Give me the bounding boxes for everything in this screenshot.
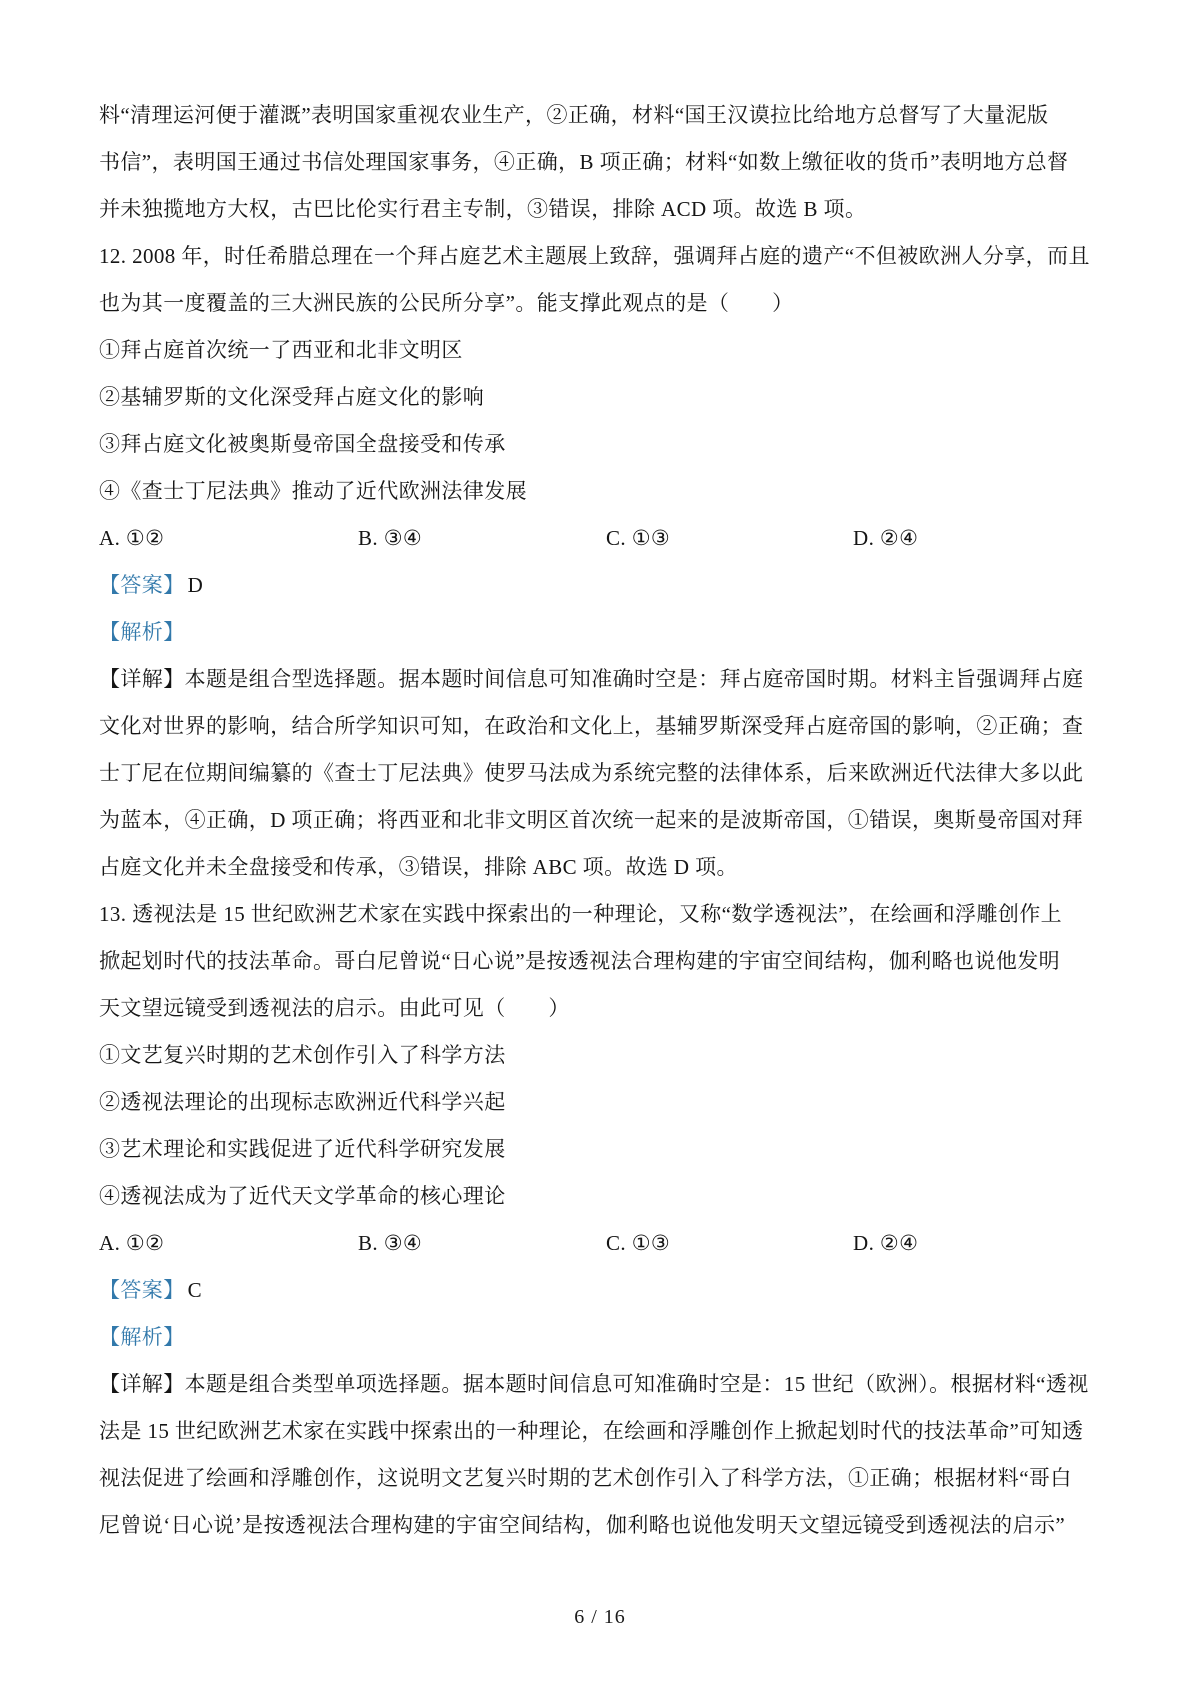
question-13-choice-b: B. ③④ [358, 1220, 606, 1267]
question-13-detail-line: 视法促进了绘画和浮雕创作，这说明文艺复兴时期的艺术创作引入了科学方法，①正确；根… [99, 1455, 1105, 1502]
question-12-choice-c: C. ①③ [606, 515, 853, 562]
question-13-choice-d: D. ②④ [853, 1220, 1105, 1267]
answer-value: C [188, 1278, 202, 1302]
answer-value: D [188, 573, 204, 597]
question-12-choice-d: D. ②④ [853, 515, 1105, 562]
answer-label: 【答案】 [99, 1278, 185, 1302]
question-12-stem-line: 12. 2008 年，时任希腊总理在一个拜占庭艺术主题展上致辞，强调拜占庭的遗产… [99, 233, 1105, 280]
question-12-analysis-line: 【解析】 [99, 609, 1105, 656]
question-12-detail-line: 士丁尼在位期间编纂的《查士丁尼法典》使罗马法成为系统完整的法律体系，后来欧洲近代… [99, 750, 1105, 797]
question-13-stem-line: 掀起划时代的技法革命。哥白尼曾说“日心说”是按透视法合理构建的宇宙空间结构，伽利… [99, 938, 1105, 985]
question-13-choice-c: C. ①③ [606, 1220, 853, 1267]
q11-explanation-line: 并未独揽地方大权，古巴比伦实行君主专制，③错误，排除 ACD 项。故选 B 项。 [99, 186, 1105, 233]
question-12-option-1: ①拜占庭首次统一了西亚和北非文明区 [99, 327, 1105, 374]
question-13-detail-line: 尼曾说‘日心说’是按透视法合理构建的宇宙空间结构，伽利略也说他发明天文望远镜受到… [99, 1502, 1105, 1549]
question-13-stem-line: 天文望远镜受到透视法的启示。由此可见（ ） [99, 985, 1105, 1032]
question-12-stem-line: 也为其一度覆盖的三大洲民族的公民所分享”。能支撑此观点的是（ ） [99, 280, 1105, 327]
question-12-detail-line: 【详解】本题是组合型选择题。据本题时间信息可知准确时空是：拜占庭帝国时期。材料主… [99, 656, 1105, 703]
analysis-label: 【解析】 [99, 1325, 185, 1349]
question-13-analysis-line: 【解析】 [99, 1314, 1105, 1361]
q11-explanation-line: 书信”，表明国王通过书信处理国家事务，④正确，B 项正确；材料“如数上缴征收的货… [99, 139, 1105, 186]
question-13-option-1: ①文艺复兴时期的艺术创作引入了科学方法 [99, 1032, 1105, 1079]
question-12-choice-b: B. ③④ [358, 515, 606, 562]
question-12-detail-line: 文化对世界的影响，结合所学知识可知，在政治和文化上，基辅罗斯深受拜占庭帝国的影响… [99, 703, 1105, 750]
question-13-option-4: ④透视法成为了近代天文学革命的核心理论 [99, 1173, 1105, 1220]
question-12-answer-line: 【答案】D [99, 562, 1105, 609]
document-page: 料“清理运河便于灌溉”表明国家重视农业生产，②正确，材料“国王汉谟拉比给地方总督… [0, 0, 1200, 1697]
question-13-stem-line: 13. 透视法是 15 世纪欧洲艺术家在实践中探索出的一种理论，又称“数学透视法… [99, 891, 1105, 938]
answer-label: 【答案】 [99, 573, 185, 597]
question-13-detail-line: 【详解】本题是组合类型单项选择题。据本题时间信息可知准确时空是：15 世纪（欧洲… [99, 1361, 1105, 1408]
question-13-detail-line: 法是 15 世纪欧洲艺术家在实践中探索出的一种理论，在绘画和浮雕创作上掀起划时代… [99, 1408, 1105, 1455]
question-12-option-3: ③拜占庭文化被奥斯曼帝国全盘接受和传承 [99, 421, 1105, 468]
question-12-option-2: ②基辅罗斯的文化深受拜占庭文化的影响 [99, 374, 1105, 421]
page-content: 料“清理运河便于灌溉”表明国家重视农业生产，②正确，材料“国王汉谟拉比给地方总督… [99, 92, 1105, 1549]
question-13-choice-a: A. ①② [99, 1220, 358, 1267]
question-13-option-3: ③艺术理论和实践促进了近代科学研究发展 [99, 1126, 1105, 1173]
question-12-detail-line: 为蓝本，④正确，D 项正确；将西亚和北非文明区首次统一起来的是波斯帝国，①错误，… [99, 797, 1105, 844]
question-12-choices: A. ①② B. ③④ C. ①③ D. ②④ [99, 515, 1105, 562]
question-13-option-2: ②透视法理论的出现标志欧洲近代科学兴起 [99, 1079, 1105, 1126]
question-13-answer-line: 【答案】C [99, 1267, 1105, 1314]
page-number: 6 / 16 [0, 1606, 1200, 1629]
question-12-detail-line: 占庭文化并未全盘接受和传承，③错误，排除 ABC 项。故选 D 项。 [99, 844, 1105, 891]
analysis-label: 【解析】 [99, 620, 185, 644]
question-12-choice-a: A. ①② [99, 515, 358, 562]
q11-explanation-line: 料“清理运河便于灌溉”表明国家重视农业生产，②正确，材料“国王汉谟拉比给地方总督… [99, 92, 1105, 139]
question-13-choices: A. ①② B. ③④ C. ①③ D. ②④ [99, 1220, 1105, 1267]
question-12-option-4: ④《查士丁尼法典》推动了近代欧洲法律发展 [99, 468, 1105, 515]
